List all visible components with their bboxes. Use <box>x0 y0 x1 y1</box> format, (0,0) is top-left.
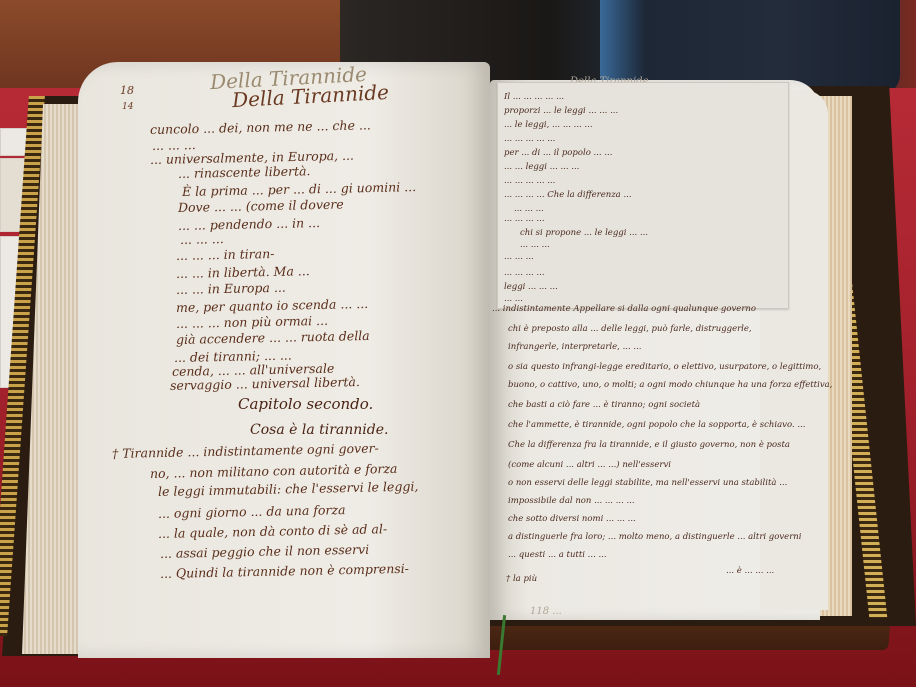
text-line: Il ... ... ... ... ... <box>504 92 564 102</box>
text-line: ... ... ... ... ... <box>504 134 555 144</box>
text-line: che sotto diversi nomi ... ... ... <box>508 514 636 524</box>
text-line: ... le leggi, ... ... ... ... <box>504 120 593 130</box>
text-line: ... indistintamente Appellare si dalla o… <box>492 304 756 314</box>
text-line: ... ... ... <box>514 204 544 214</box>
text-line: ... ... ... <box>504 252 534 262</box>
text-line: proporzi ... le leggi ... ... ... <box>504 106 618 116</box>
text-line: ... ... ... in tiran- <box>176 246 275 263</box>
text-line: buono, o cattivo, uno, o molti; a ogni m… <box>508 380 832 390</box>
text-line: ... ... in Europa ... <box>176 280 286 297</box>
text-line: ... ... in libertà. Ma ... <box>176 263 310 281</box>
text-line: per ... di ... il popolo ... ... <box>504 148 612 158</box>
text-line: che l'ammette, è tirannide, ogni popolo … <box>508 420 805 430</box>
text-line: (come alcuni ... altri ... ...) nell'ess… <box>508 460 671 470</box>
text-line: chi si propone ... le leggi ... ... <box>520 228 648 238</box>
text-line: ... ... ... ... <box>504 268 545 278</box>
text-line: Che la differenza fra la tirannide, e il… <box>508 440 790 450</box>
text-line: chi è preposto alla ... delle leggi, può… <box>508 324 752 334</box>
text-line: ... ... leggi ... ... ... <box>504 162 579 172</box>
text-line: ... ... ... ... <box>504 214 545 224</box>
text-line: infrangerle, interpretarle, ... ... <box>508 342 641 352</box>
text-line: ... rinascente libertà. <box>178 163 311 181</box>
page-number: 18 <box>120 84 134 97</box>
chapter-heading: Capitolo secondo. <box>238 395 373 413</box>
chapter-subtitle: Cosa è la tirannide. <box>250 422 388 438</box>
text-line: che basti a ciò fare ... è tiranno; ogni… <box>508 400 700 410</box>
text-line: o non esservi delle leggi stabilite, ma … <box>508 478 787 488</box>
text-line: ... è ... ... ... <box>726 566 774 576</box>
page-number-sub: 14 <box>122 102 133 112</box>
text-line: ... ... <box>504 294 523 304</box>
text-line: leggi ... ... ... <box>504 282 558 292</box>
text-line: ... ... ... <box>520 240 550 250</box>
text-line: ... questi ... a tutti ... ... <box>508 550 607 560</box>
text-line: o sia questo infrangi-legge ereditario, … <box>508 362 821 372</box>
text-line: ... ... ... ... ... <box>504 176 555 186</box>
text-line: a distinguerle fra loro; ... molto meno,… <box>508 532 801 542</box>
text-line: ... ... ... <box>180 231 224 247</box>
text-line: impossibile dal non ... ... ... ... <box>508 496 635 506</box>
text-line: ... ... ... ... Che la differenza ... <box>504 190 632 200</box>
text-line: † la più <box>506 574 537 584</box>
pencil-folio-note: 118 ... <box>530 606 562 617</box>
